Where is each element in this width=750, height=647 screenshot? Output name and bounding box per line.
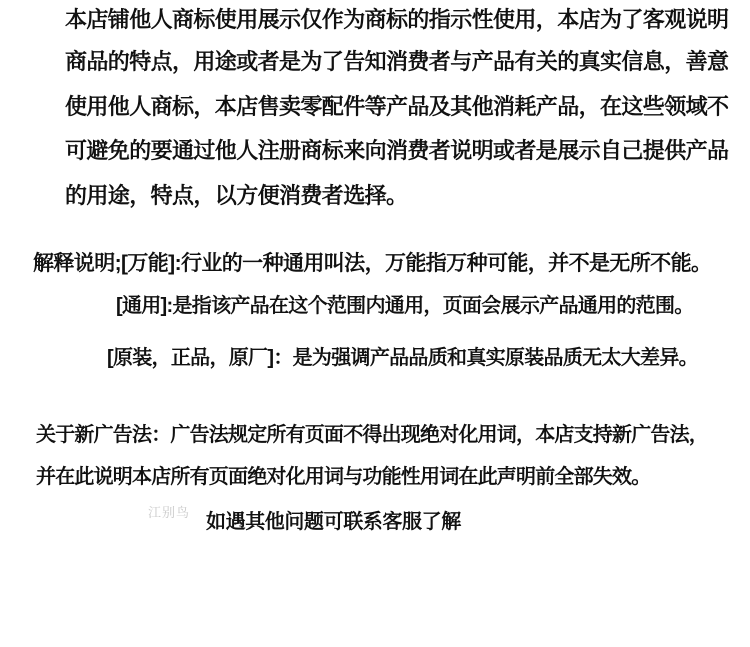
term-explanation-line-3: [原装，正品，原厂]：是为强调产品品质和真实原装品质无太大差异。 (107, 346, 698, 371)
ad-law-notice-line-1: 关于新广告法：广告法规定所有页面不得出现绝对化用词，本店支持新广告法， (36, 423, 708, 448)
trademark-notice-line-4: 可避免的要通过他人注册商标来向消费者说明或者是展示自己提供产品 (65, 137, 728, 165)
ad-law-notice-line-2: 并在此说明本店所有页面绝对化用词与功能性用词在此声明前全部失效。 (36, 465, 650, 490)
trademark-notice-line-2: 商品的特点，用途或者是为了告知消费者与产品有关的真实信息，善意 (65, 48, 728, 76)
shop-disclaimer-page: 本店铺他人商标使用展示仅作为商标的指示性使用，本店为了客观说明 商品的特点，用途… (0, 0, 750, 647)
watermark-text: 江别鸟 (148, 502, 190, 521)
trademark-notice-line-1: 本店铺他人商标使用展示仅作为商标的指示性使用，本店为了客观说明 (65, 6, 728, 34)
term-explanation-line-1: 解释说明;[万能]:行业的一种通用叫法，万能指万种可能，并不是无所不能。 (33, 251, 711, 277)
contact-service-line: 如遇其他问题可联系客服了解 (206, 510, 461, 535)
trademark-notice-line-5: 的用途，特点，以方便消费者选择。 (65, 182, 407, 210)
trademark-notice-line-3: 使用他人商标，本店售卖零配件等产品及其他消耗产品，在这些领域不 (65, 93, 728, 121)
term-explanation-line-2: [通用]:是指该产品在这个范围内通用，页面会展示产品通用的范围。 (116, 294, 694, 319)
